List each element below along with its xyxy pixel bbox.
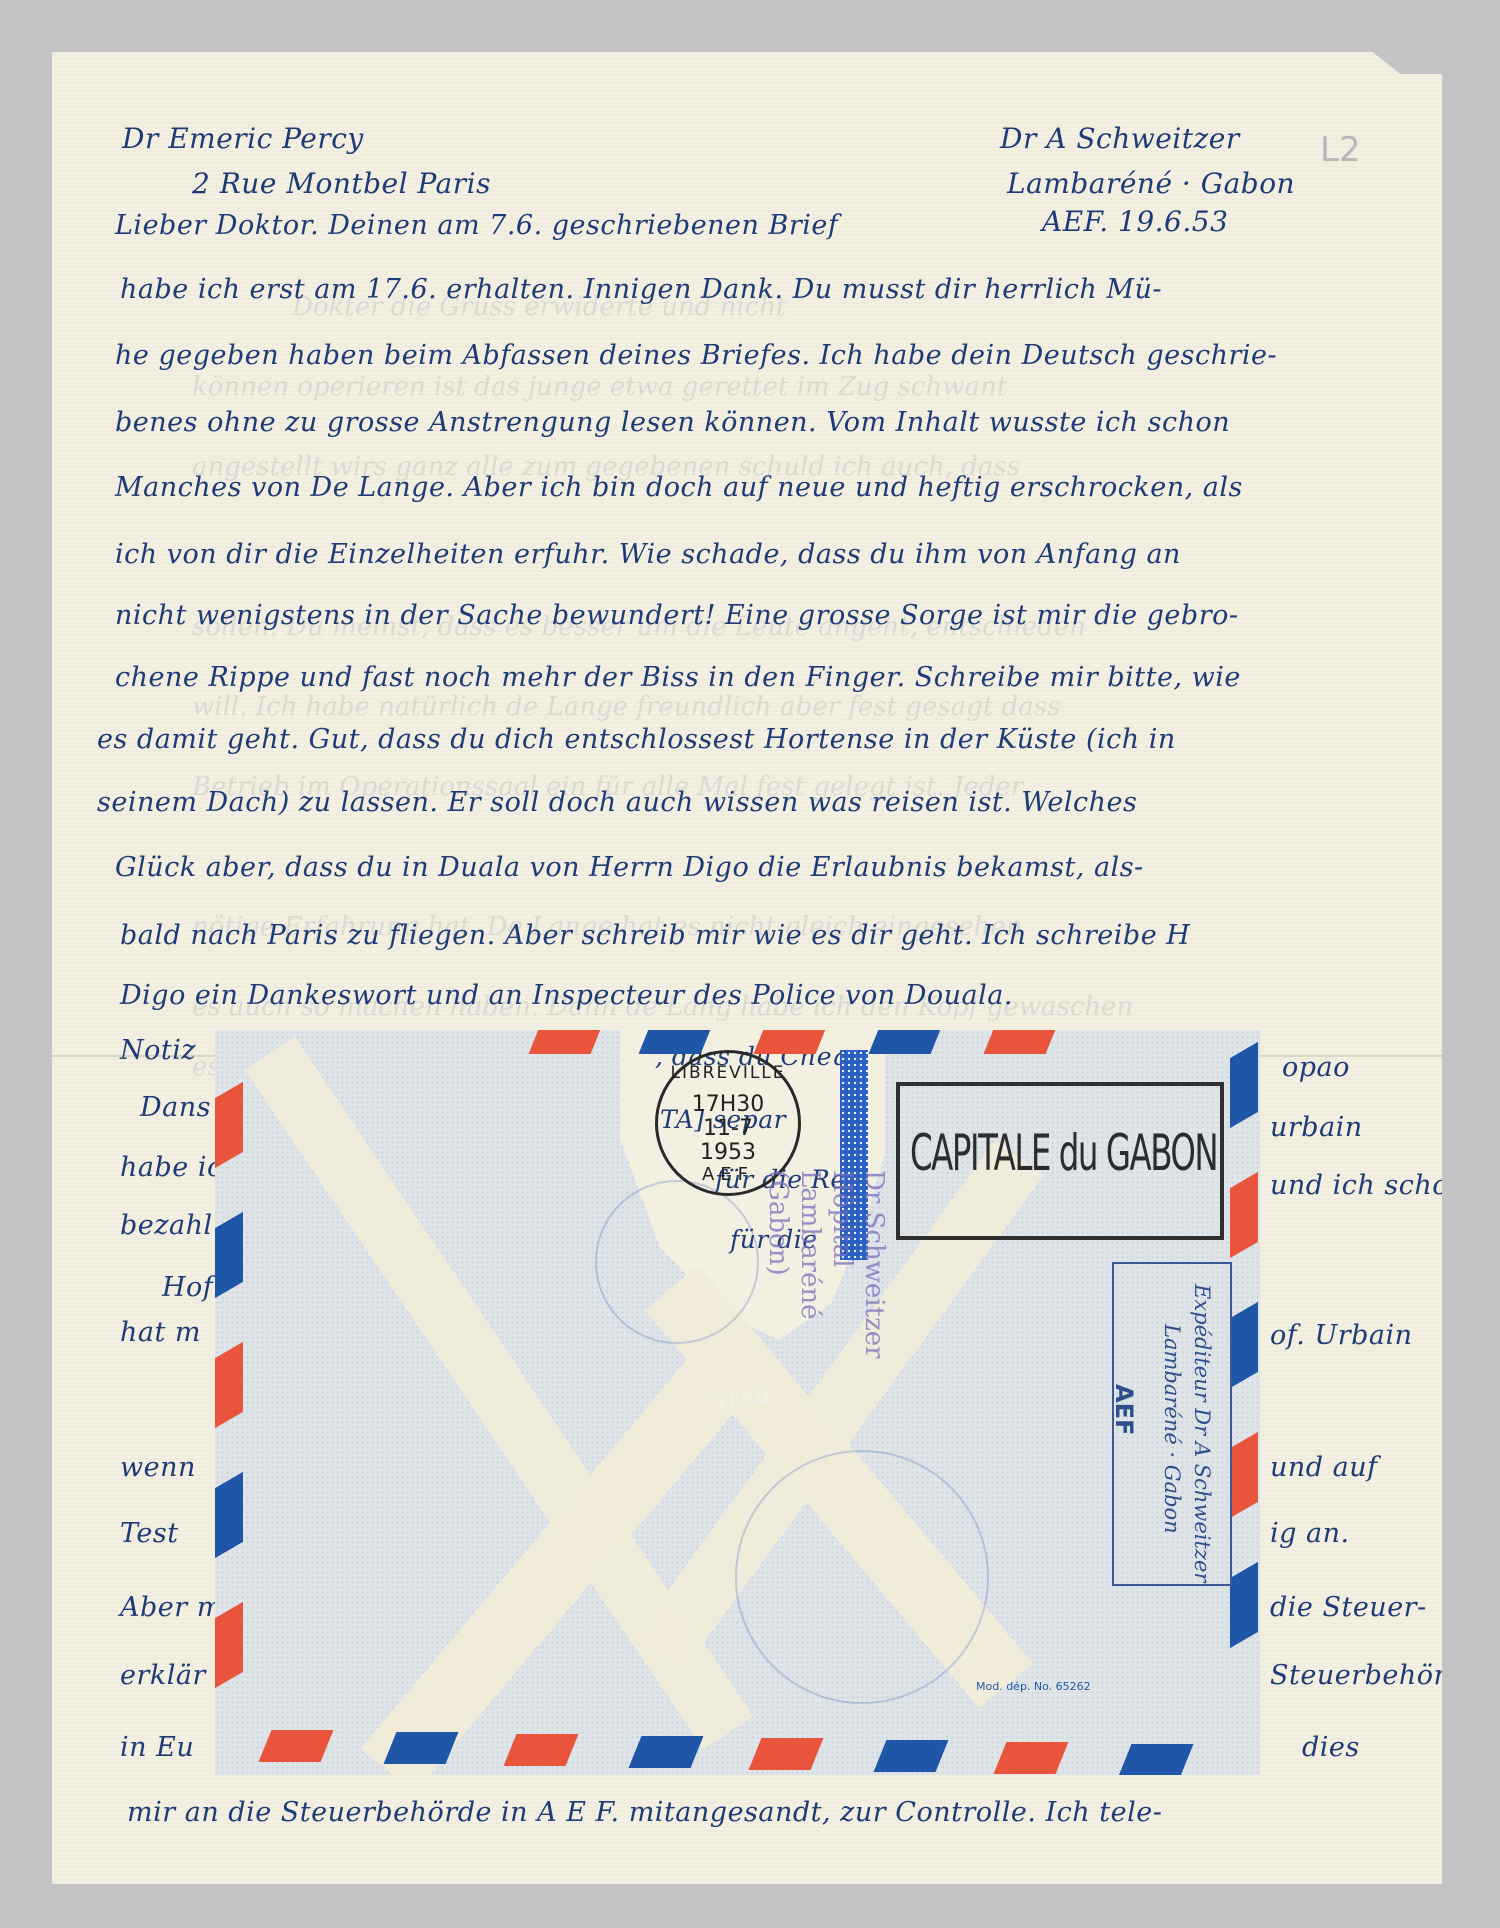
airmail-stripe-blue bbox=[869, 1030, 944, 1054]
pencil-page-number: L2 bbox=[1320, 130, 1361, 170]
recipient-name: Dr Emeric Percy bbox=[122, 122, 364, 155]
partial-line: Aber m bbox=[120, 1592, 223, 1623]
airmail-stripe-blue bbox=[215, 1212, 243, 1298]
airmail-stripe-blue bbox=[1230, 1562, 1258, 1648]
partial-line: Test bbox=[120, 1518, 179, 1549]
partial-line: erklär bbox=[120, 1660, 206, 1691]
airmail-stripe-red bbox=[984, 1030, 1059, 1054]
letter-line: he gegeben haben beim Abfassen deines Br… bbox=[115, 340, 1277, 371]
schweitzer-hospital-stamp: Dr Schweitzer Hôpital Lambaréné (Gabon) bbox=[762, 1170, 890, 1359]
letter-line: benes ohne zu grosse Anstrengung lesen k… bbox=[115, 407, 1230, 438]
airmail-stripe-blue bbox=[1119, 1744, 1194, 1775]
bleed-through-text: können operieren ist das junge etwa gere… bbox=[192, 372, 1007, 402]
partial-line-right: urbain bbox=[1270, 1112, 1363, 1143]
capitale-du-gabon-cancel: CAPITALE du GABON bbox=[896, 1082, 1224, 1240]
letter-line: seinem Dach) zu lassen. Er soll doch auc… bbox=[97, 787, 1137, 818]
letter-line: Glück aber, dass du in Duala von Herrn D… bbox=[115, 852, 1144, 883]
partial-line-right: die Steuer- bbox=[1270, 1592, 1427, 1623]
partial-line: in Eu bbox=[120, 1732, 194, 1763]
partial-line: hat m bbox=[120, 1317, 201, 1348]
airmail-stripe-blue bbox=[215, 1472, 243, 1558]
sender-date: AEF. 19.6.53 bbox=[1042, 205, 1228, 238]
letter-line: Digo ein Dankeswort und an Inspecteur de… bbox=[120, 980, 1013, 1011]
partial-line: wenn bbox=[120, 1452, 196, 1483]
bleed-through-text: will. Ich habe natürlich de Lange freund… bbox=[192, 692, 1060, 722]
partial-line: Hof bbox=[162, 1272, 213, 1303]
partial-line-right: Steuerbehörde bbox=[1270, 1660, 1481, 1691]
letter-line: chene Rippe und fast noch mehr der Biss … bbox=[115, 662, 1241, 693]
airmail-stripe-red bbox=[215, 1342, 243, 1428]
sender-address-box: Expéditeur Dr A Schweitzer Lambaréné · G… bbox=[1112, 1262, 1232, 1586]
letter-line: habe ich erst am 17.6. erhalten. Innigen… bbox=[120, 274, 1162, 305]
letter-line: bald nach Paris zu fliegen. Aber schreib… bbox=[120, 920, 1190, 951]
faint-postmark bbox=[595, 1180, 759, 1344]
letter-line: nicht wenigstens in der Sache bewundert!… bbox=[115, 600, 1238, 631]
airmail-stripe-red bbox=[215, 1082, 243, 1168]
partial-line-right: ig an. bbox=[1270, 1518, 1350, 1549]
airmail-stripe-red bbox=[529, 1030, 604, 1054]
partial-line-right: und ich schon bbox=[1270, 1170, 1467, 1201]
airmail-stripe-red bbox=[1230, 1432, 1258, 1518]
model-deposit-number: Mod. dép. No. 65262 bbox=[976, 1680, 1091, 1693]
airmail-stripe-blue bbox=[874, 1740, 949, 1772]
recipient-address: 2 Rue Montbel Paris bbox=[192, 167, 491, 200]
partial-line-right: und auf bbox=[1270, 1452, 1378, 1483]
airmail-stripe-blue bbox=[1230, 1042, 1258, 1128]
partial-line: Dans bbox=[140, 1092, 211, 1123]
airmail-stripe-red bbox=[1230, 1172, 1258, 1258]
airmail-stripe-blue bbox=[629, 1736, 704, 1768]
airmail-stripe-blue bbox=[384, 1732, 459, 1764]
partial-line: habe ic bbox=[120, 1152, 223, 1183]
sender-name: Dr A Schweitzer bbox=[1000, 122, 1240, 155]
airmail-stripe-red bbox=[749, 1738, 824, 1770]
partial-line-right: dies bbox=[1302, 1732, 1360, 1763]
letter-line: Lieber Doktor. Deinen am 7.6. geschriebe… bbox=[115, 210, 838, 241]
partial-line-right: opao bbox=[1282, 1052, 1350, 1083]
airmail-stripe-red bbox=[994, 1742, 1069, 1774]
final-letter-line: mir an die Steuerbehörde in A E F. mitan… bbox=[127, 1797, 1162, 1828]
letter-line: Manches von De Lange. Aber ich bin doch … bbox=[115, 472, 1243, 503]
airmail-stripe-blue bbox=[1230, 1302, 1258, 1388]
faint-postmark bbox=[735, 1450, 989, 1704]
partial-line-right: of. Urbain bbox=[1270, 1320, 1413, 1351]
airmail-stripe-red bbox=[215, 1602, 243, 1688]
airmail-stripe-red bbox=[504, 1734, 579, 1766]
letter-line: ich von dir die Einzelheiten erfuhr. Wie… bbox=[115, 539, 1181, 570]
airmail-stripe-red bbox=[259, 1730, 334, 1762]
partial-line: Notiz bbox=[120, 1035, 196, 1066]
partial-line: bezahl bbox=[120, 1210, 213, 1241]
letter-line: es damit geht. Gut, dass du dich entschl… bbox=[97, 724, 1176, 755]
sender-place: Lambaréné · Gabon bbox=[1007, 167, 1295, 200]
